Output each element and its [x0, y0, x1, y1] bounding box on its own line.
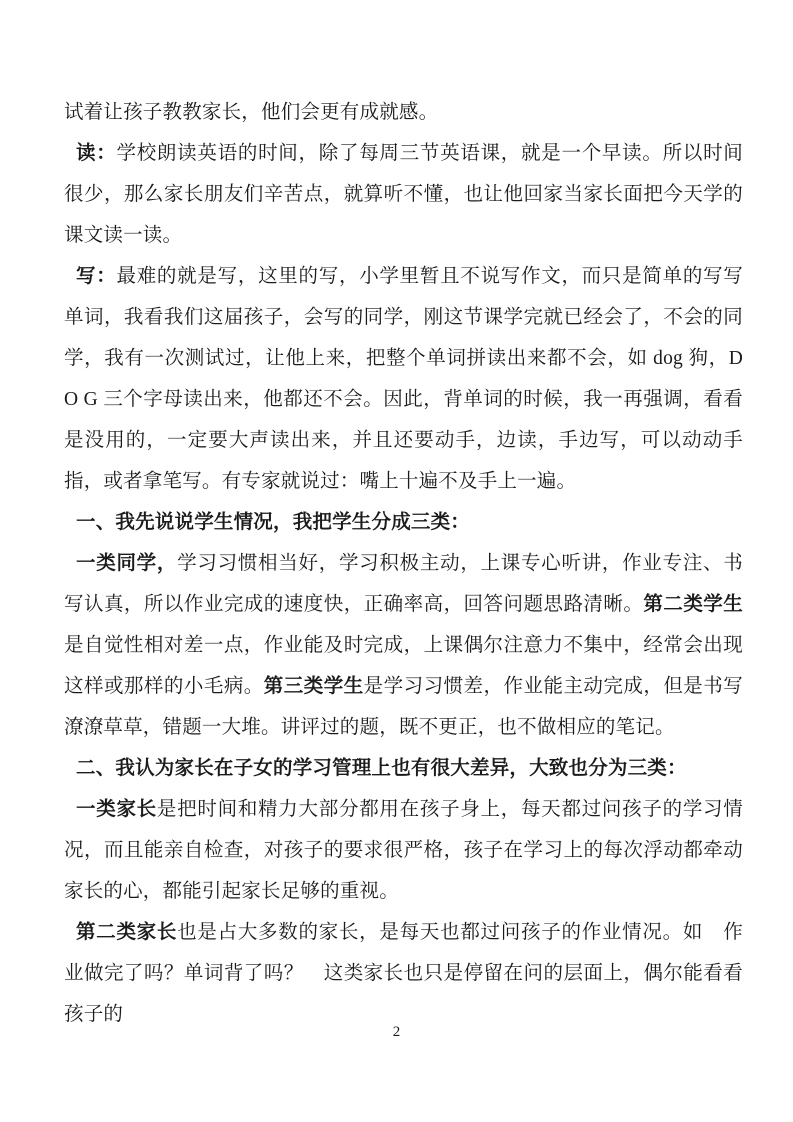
page-number: 2 — [0, 1022, 793, 1042]
paragraph: 读：学校朗读英语的时间，除了每周三节英语课，就是一个早读。所以时间很少，那么家长… — [64, 133, 743, 256]
bold-text-run: 第二类家长 — [76, 922, 177, 943]
paragraph: 二、我认为家长在子女的学习管理上也有很大差异，大致也分为三类： — [64, 748, 743, 789]
bold-text-run: 第二类学生 — [643, 594, 743, 615]
text-run: 是把时间和精力大部分都用在孩子身上，每天都过问孩子的学习情况，而且能亲自检查，对… — [64, 799, 743, 902]
bold-text-run: 读： — [76, 143, 116, 164]
paragraph: 一类同学，学习习惯相当好，学习积极主动，上课专心听讲，作业专注、书写认真，所以作… — [64, 543, 743, 748]
bold-text-run: 第三类学生 — [264, 676, 364, 697]
paragraph: 一类家长是把时间和精力大部分都用在孩子身上，每天都过问孩子的学习情况，而且能亲自… — [64, 789, 743, 912]
paragraph: 第二类家长也是占大多数的家长，是每天也都过问孩子的作业情况。如 作业做完了吗？单… — [64, 912, 743, 1035]
bold-text-run: 一类同学， — [76, 553, 177, 574]
paragraph: 写：最难的就是写，这里的写，小学里暂且不说写作文，而只是简单的写写单词，我看我们… — [64, 256, 743, 502]
bold-text-run: 写： — [76, 266, 116, 287]
text-run: 试着让孩子教教家长，他们会更有成就感。 — [64, 102, 438, 123]
text-run: 学校朗读英语的时间，除了每周三节英语课，就是一个早读。所以时间很少，那么家长朋友… — [64, 143, 743, 246]
bold-text-run: 一、我先说说学生情况，我把学生分成三类： — [76, 512, 470, 533]
text-run: 最难的就是写，这里的写，小学里暂且不说写作文，而只是简单的写写单词，我看我们这届… — [64, 266, 743, 492]
paragraph: 一、我先说说学生情况，我把学生分成三类： — [64, 502, 743, 543]
bold-text-run: 二、我认为家长在子女的学习管理上也有很大差异，大致也分为三类： — [76, 758, 687, 779]
paragraph: 试着让孩子教教家长，他们会更有成就感。 — [64, 92, 743, 133]
document-page: 试着让孩子教教家长，他们会更有成就感。读：学校朗读英语的时间，除了每周三节英语课… — [0, 0, 793, 1122]
document-body: 试着让孩子教教家长，他们会更有成就感。读：学校朗读英语的时间，除了每周三节英语课… — [64, 92, 743, 1035]
bold-text-run: 一类家长 — [76, 799, 157, 820]
